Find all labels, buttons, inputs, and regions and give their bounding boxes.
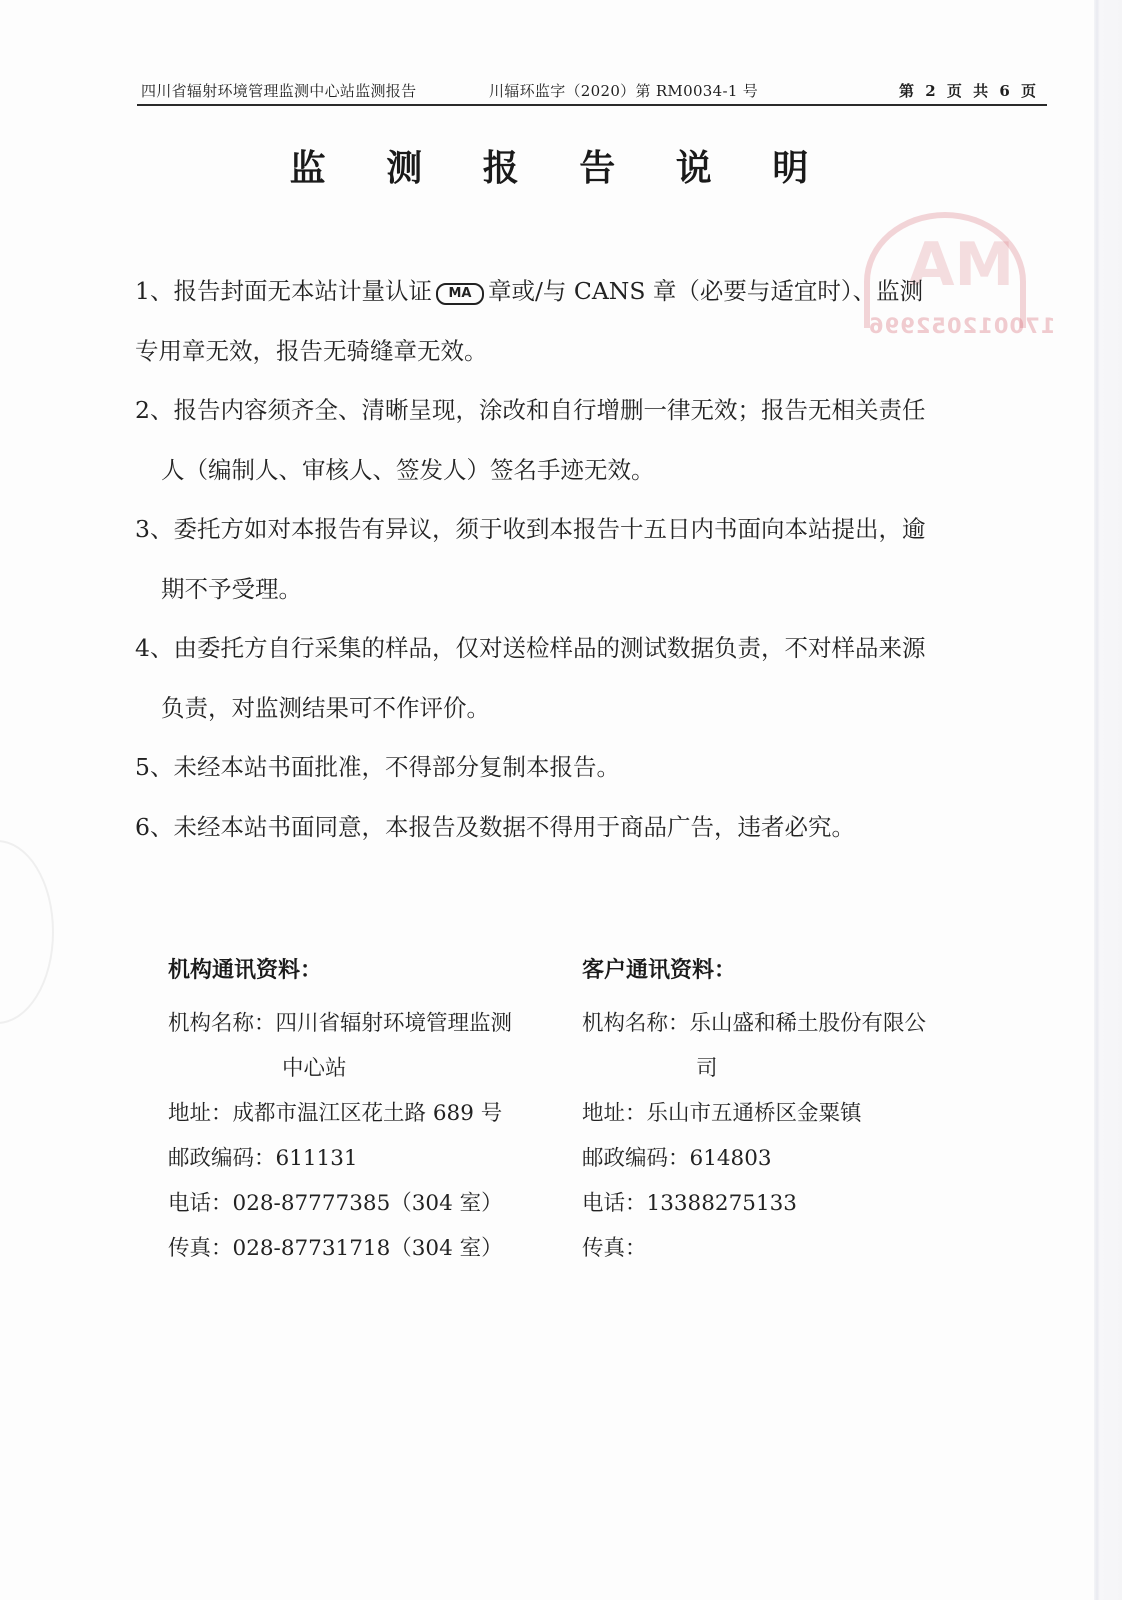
note-number: 6、: [135, 813, 173, 841]
client-address-row: 地址： 乐山市五通桥区金粟镇: [582, 1091, 982, 1136]
organization-postcode-row: 邮政编码： 611131: [168, 1136, 558, 1181]
note-number: 5、: [135, 753, 173, 781]
note-text: 由委托方自行采集的样品，仅对送检样品的测试数据负责，不对样品来源: [173, 634, 925, 662]
ma-certification-icon: MA: [436, 283, 484, 305]
note-text: 章或/与 CANS 章（必要与适宜时）、监测: [488, 277, 923, 305]
client-phone-row: 电话： 13388275133: [582, 1181, 982, 1226]
note-number: 2、: [135, 396, 173, 424]
note-text: 委托方如对本报告有异议，须于收到本报告十五日内书面向本站提出，逾: [173, 515, 925, 543]
fax-label: 传真：: [582, 1226, 647, 1271]
organization-name-continued: 中心站: [168, 1046, 558, 1091]
organization-contact-title: 机构通讯资料：: [168, 948, 558, 993]
client-fax-row: 传真：: [582, 1226, 982, 1271]
client-fax: [647, 1226, 982, 1271]
organization-phone-row: 电话： 028-87777385（304 室）: [168, 1181, 558, 1226]
header-organization-report: 四川省辐射环境管理监测中心站监测报告: [141, 80, 416, 102]
client-postcode-row: 邮政编码： 614803: [582, 1136, 982, 1181]
note-item-6: 6、未经本站书面同意，本报告及数据不得用于商品广告，违者必究。: [135, 798, 1030, 858]
note-text: 未经本站书面批准，不得部分复制本报告。: [173, 753, 620, 781]
organization-contact-block: 机构通讯资料： 机构名称： 四川省辐射环境管理监测 中心站 地址： 成都市温江区…: [168, 948, 558, 1271]
client-address: 乐山市五通桥区金粟镇: [647, 1091, 982, 1136]
note-text-continued: 负责，对监测结果可不作评价。: [135, 679, 1030, 739]
organization-name-row: 机构名称： 四川省辐射环境管理监测: [168, 1001, 558, 1046]
note-text-continued: 专用章无效，报告无骑缝章无效。: [135, 322, 1030, 382]
client-name: 乐山盛和稀土股份有限公: [690, 1001, 982, 1046]
organization-address-row: 地址： 成都市温江区花土路 689 号: [168, 1091, 558, 1136]
note-number: 4、: [135, 634, 173, 662]
client-phone: 13388275133: [647, 1181, 982, 1226]
header-page-indicator: 第 2 页 共 6 页: [899, 80, 1039, 102]
note-text-continued: 期不予受理。: [135, 560, 1030, 620]
notes-list: 1、报告封面无本站计量认证MA章或/与 CANS 章（必要与适宜时）、监测 专用…: [135, 262, 1030, 857]
address-label: 地址：: [582, 1091, 647, 1136]
postcode-label: 邮政编码：: [168, 1136, 276, 1181]
organization-address: 成都市温江区花土路 689 号: [233, 1091, 558, 1136]
organization-postcode: 611131: [276, 1136, 558, 1181]
name-label: 机构名称：: [168, 1001, 276, 1046]
client-name-continued: 司: [582, 1046, 982, 1091]
organization-phone: 028-87777385（304 室）: [233, 1181, 558, 1226]
organization-fax: 028-87731718（304 室）: [233, 1226, 558, 1271]
note-item-4: 4、由委托方自行采集的样品，仅对送检样品的测试数据负责，不对样品来源 负责，对监…: [135, 619, 1030, 738]
note-number: 1、: [135, 277, 173, 305]
page-edge-shadow: [1094, 0, 1122, 1600]
page-header: 四川省辐射环境管理监测中心站监测报告 川辐环监字（2020）第 RM0034-1…: [137, 80, 1047, 106]
phone-label: 电话：: [582, 1181, 647, 1226]
phone-label: 电话：: [168, 1181, 233, 1226]
note-item-3: 3、委托方如对本报告有异议，须于收到本报告十五日内书面向本站提出，逾 期不予受理…: [135, 500, 1030, 619]
note-text: 报告内容须齐全、清晰呈现，涂改和自行增删一律无效；报告无相关责任: [173, 396, 925, 424]
fax-label: 传真：: [168, 1226, 233, 1271]
client-contact-title: 客户通讯资料：: [582, 948, 982, 993]
note-item-1: 1、报告封面无本站计量认证MA章或/与 CANS 章（必要与适宜时）、监测 专用…: [135, 262, 1030, 381]
client-contact-block: 客户通讯资料： 机构名称： 乐山盛和稀土股份有限公 司 地址： 乐山市五通桥区金…: [582, 948, 982, 1271]
client-name-row: 机构名称： 乐山盛和稀土股份有限公: [582, 1001, 982, 1046]
note-item-2: 2、报告内容须齐全、清晰呈现，涂改和自行增删一律无效；报告无相关责任 人（编制人…: [135, 381, 1030, 500]
note-text-continued: 人（编制人、审核人、签发人）签名手迹无效。: [135, 441, 1030, 501]
organization-name: 四川省辐射环境管理监测: [276, 1001, 558, 1046]
postcode-label: 邮政编码：: [582, 1136, 690, 1181]
note-item-5: 5、未经本站书面批准，不得部分复制本报告。: [135, 738, 1030, 798]
header-report-number: 川辐环监字（2020）第 RM0034-1 号: [489, 80, 758, 102]
note-text: 未经本站书面同意，本报告及数据不得用于商品广告，违者必究。: [173, 813, 855, 841]
faint-seal-mark: [0, 840, 54, 1024]
note-number: 3、: [135, 515, 173, 543]
organization-fax-row: 传真： 028-87731718（304 室）: [168, 1226, 558, 1271]
page-title: 监 测 报 告 说 明: [0, 140, 1122, 191]
address-label: 地址：: [168, 1091, 233, 1136]
name-label: 机构名称：: [582, 1001, 690, 1046]
note-text: 报告封面无本站计量认证: [173, 277, 432, 305]
client-postcode: 614803: [690, 1136, 982, 1181]
